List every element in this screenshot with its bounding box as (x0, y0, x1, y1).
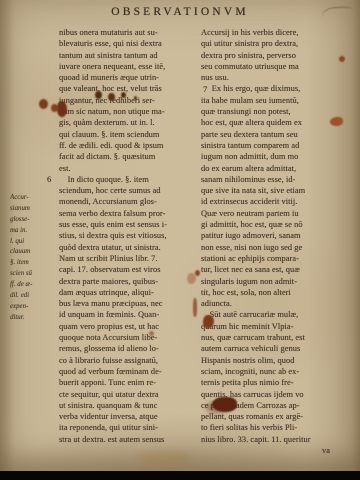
left-text-column: nibus onera mutaturis aut su-blevaturis … (59, 27, 190, 445)
text-line: sus esse, quis enim est sensus i- (59, 219, 190, 230)
text-line: quæ transiungi non potest, (201, 106, 338, 117)
text-line: est. (59, 163, 190, 174)
text-line: blevaturis esse, qui nisi dextra (59, 38, 190, 49)
text-line: uum sic natum, non utique ma- (59, 106, 190, 117)
catchword: va (322, 446, 330, 455)
stain-spot (330, 117, 343, 126)
stain-spot (57, 101, 67, 117)
text-line: sema verbo dextra falsum pror- (59, 208, 190, 219)
text-line: ditur. (10, 313, 57, 324)
stain-faint (138, 450, 190, 466)
text-line: capi. 17. observatum est viros (59, 264, 190, 275)
text-line: sinistra tantum comparem ad (201, 140, 338, 151)
text-line: nius libro. 33. capit. 11. queritur (201, 434, 338, 445)
running-title: OBSERVATIONVM (0, 6, 360, 18)
text-line: adiuncta. (201, 298, 338, 309)
text-line: remus, glossema id alieno lo- (59, 343, 190, 354)
stain-spot (187, 273, 196, 284)
text-line: ternis petita plus nimio fre- (201, 377, 338, 388)
text-line: ff. de ædili. edi. quod & ipsum (59, 140, 190, 151)
text-line: Nam ut scribit Plinius libr. 7. (59, 253, 190, 264)
stain-spot (39, 99, 48, 109)
text-line: cte sequitur, qui utatur dextra (59, 389, 190, 400)
text-line: facit ad dictam. §. quæsitum (59, 151, 190, 162)
text-line: buerit apponi. Tunc enim re- (59, 377, 190, 388)
text-line: sciendum, hoc certe sumus ad (59, 185, 190, 196)
text-line: In dicto quoque. §. item (59, 174, 190, 185)
text-line: quam vero propius est, ut hac (59, 321, 190, 332)
text-line: autem carruca vehiculi genus (201, 343, 338, 354)
text-line: dil. edi (10, 291, 57, 302)
text-line: glosse- (10, 215, 57, 226)
stain-spot (195, 270, 200, 276)
text-line: bus læva manu præcipuas, nec (59, 298, 190, 309)
text-line: qui clauum. §. item sciendum (59, 129, 190, 140)
text-line: Quæ vero neutram partem iu (201, 208, 338, 219)
text-line: nibus onera mutaturis aut su- (59, 27, 190, 38)
text-line: dam æquas utrinque, aliqui- (59, 287, 190, 298)
text-line: seu commutato utriusque ma (201, 61, 338, 72)
text-line: dextra pro sinistra, perverso (201, 50, 338, 61)
stain-blot (212, 397, 237, 412)
text-line: tit, hoc est, sola, non alteri (201, 287, 338, 298)
text-line: gis, quàm dexterum. ut in. l. (59, 117, 190, 128)
stain-spot (149, 331, 154, 336)
text-line: quoad id muneris æque utrin- (59, 72, 190, 83)
text-line: Sūt autē carrucariæ mulæ, (201, 309, 338, 320)
text-line: stra ut dextra. est autem sensus (59, 434, 190, 445)
text-line: Ex his ergo, quæ diximus, (201, 83, 338, 94)
page-edge-shadow (0, 471, 360, 480)
text-line: Accur- (10, 193, 57, 204)
text-line: expen- (10, 302, 57, 313)
margin-note: Accur-sianumglosse-ma in.l. quiclauum§. … (10, 193, 57, 324)
text-line: ma in. (10, 226, 57, 237)
stain-spot (95, 91, 102, 99)
text-line: id extrinsecus acciderit vitij. (201, 196, 338, 207)
text-line: monendi, Accursianum glos- (59, 196, 190, 207)
text-line: l. qui (10, 237, 57, 248)
text-line: qui utitur sinistra pro dextra, (201, 38, 338, 49)
text-line: pellant, quas romanis ex argē- (201, 411, 338, 422)
text-line: sanam nihilominus esse, id- (201, 174, 338, 185)
text-line: to fieri solitas his verbis Pli- (201, 422, 338, 433)
text-line: singularis iugum non admit- (201, 276, 338, 287)
text-line: scien sū (10, 269, 57, 280)
scanned-book-page: OBSERVATIONVM 6 7 Accur-sianumglosse-ma … (0, 0, 360, 471)
stain-streak (193, 298, 197, 317)
text-line: iungantur, nec redhiberi ser- (59, 95, 190, 106)
text-line: quod ad verbum fœminam de- (59, 366, 190, 377)
text-line: ita habe mulam seu iumentū, (201, 95, 338, 106)
text-line: dextra parte maiores, quibus- (59, 276, 190, 287)
text-line: sianum (10, 204, 57, 215)
text-line: Accursij in his verbis dicere, (201, 27, 338, 38)
text-line: non esse, nisi non iugo sed ge (201, 242, 338, 253)
text-line: do ex earum altera admittat, (201, 163, 338, 174)
text-line: ff. de æ- (10, 280, 57, 291)
text-line: tur, licet nec ea sana est, quæ (201, 264, 338, 275)
text-line: stationi ac ephipijs compara- (201, 253, 338, 264)
text-line: quarum hic meminit Vlpia- (201, 321, 338, 332)
text-line: sciam, incogniti, nunc ab ex- (201, 366, 338, 377)
text-line: iugum non admittit, dum mo (201, 151, 338, 162)
text-line: quòd dextra utatur, ut sinistra. (59, 242, 190, 253)
right-text-column: Accursij in his verbis dicere,qui utitur… (201, 27, 338, 445)
text-line: id unquam in fœminis. Quan- (59, 309, 190, 320)
text-line: parte seu dextera tantum seu (201, 129, 338, 140)
text-line: gi admittit, hoc est, quæ se nō (201, 219, 338, 230)
text-line: que valeant, hoc est, velut trās (59, 83, 190, 94)
text-line: Hispanis nostris olim, quod (201, 355, 338, 366)
text-line: hoc est, quæ altera quidem ex (201, 117, 338, 128)
text-line: verba videntur inversa, atque (59, 411, 190, 422)
text-line: que sive ita nata sit, sive etiam (201, 185, 338, 196)
text-line: ita reponenda, qui utitur sini- (59, 422, 190, 433)
text-line: nus, quæ carrucam trahunt, est (201, 332, 338, 343)
text-line: nus usu. (201, 72, 338, 83)
text-line: quoque nota Accursium libe- (59, 332, 190, 343)
text-line: §. item (10, 258, 57, 269)
text-line: clauum (10, 247, 57, 258)
stain-spot (339, 56, 345, 62)
paragraph-number-6: 6 (47, 174, 51, 184)
text-line: tantum aut sinistra tantum ad (59, 50, 190, 61)
text-line: co à librario fuisse assignatū, (59, 355, 190, 366)
text-line: ut sinistra. quanquam & tunc (59, 400, 190, 411)
text-line: iuvare onera nequeant, esse itē, (59, 61, 190, 72)
text-line: patitur iugo admoveri, sanam (201, 230, 338, 241)
text-line: stius, si dextra quis est vitiosus, (59, 230, 190, 241)
